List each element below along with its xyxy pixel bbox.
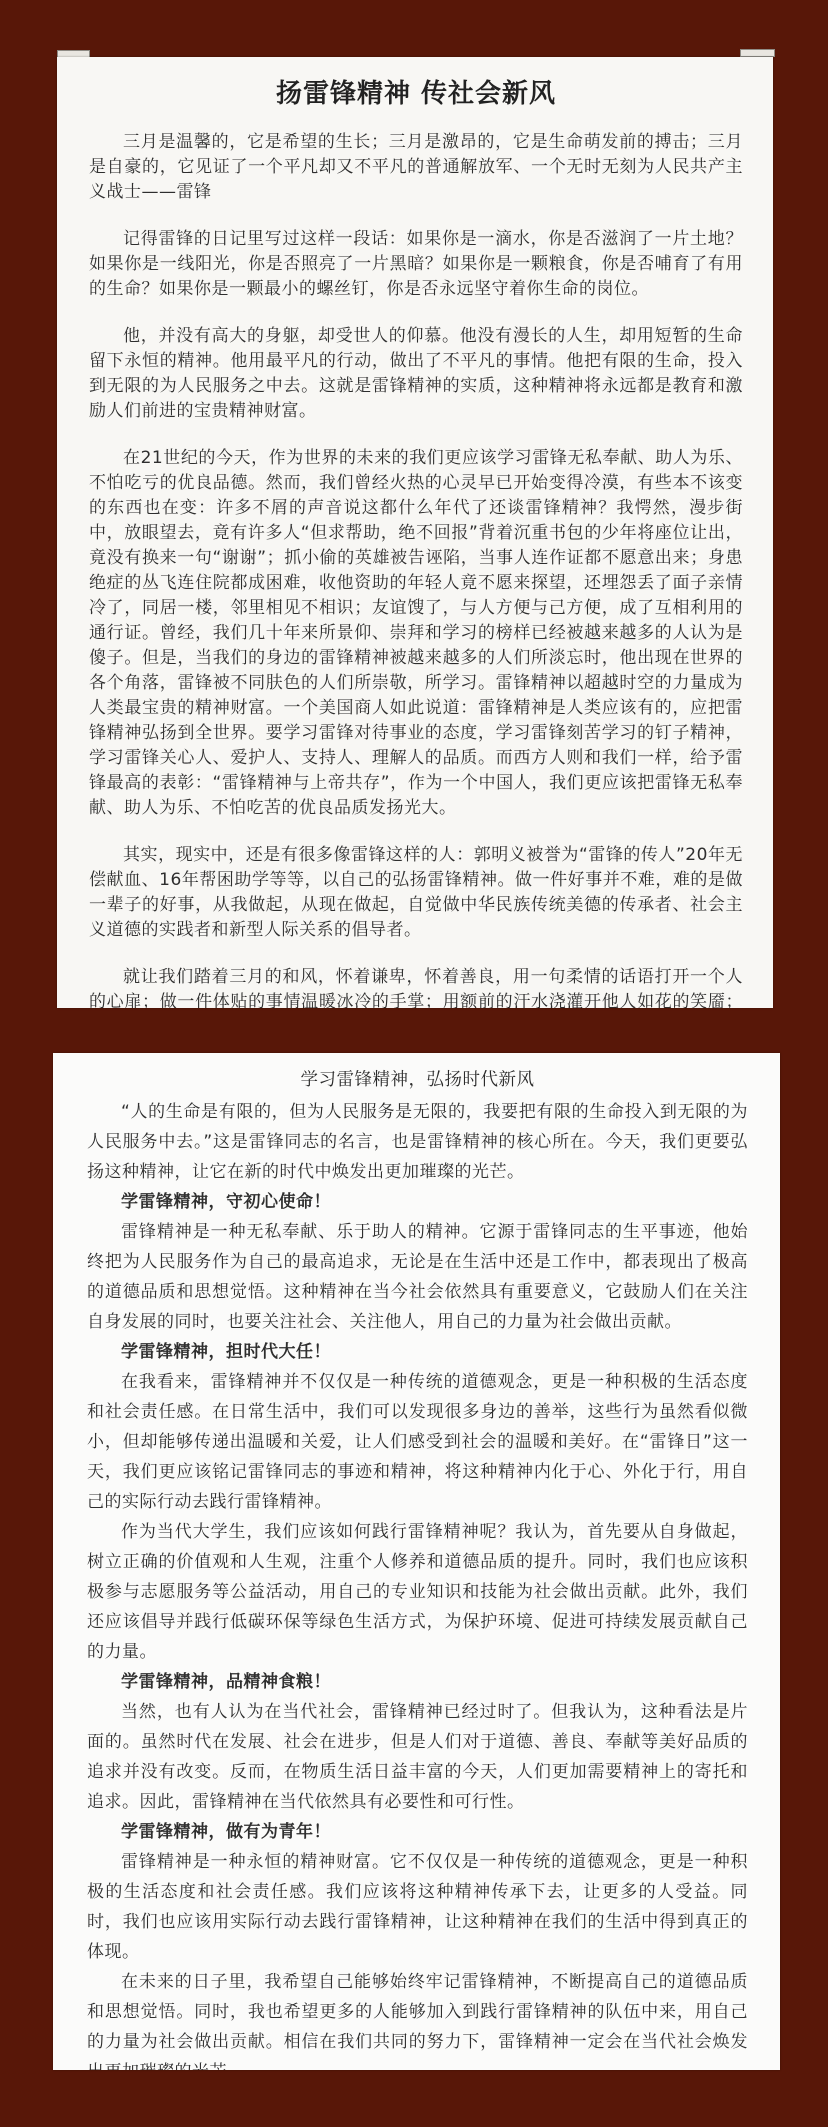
essay2-paragraph: 在我看来，雷锋精神并不仅仅是一种传统的道德观念，更是一种积极的生活态度和社会责任… [87,1367,748,1517]
essay2-paragraph: 作为当代大学生，我们应该如何践行雷锋精神呢？我认为，首先要从自身做起，树立正确的… [87,1517,748,1667]
essay2-section-heading: 学雷锋精神，品精神食粮！ [87,1667,748,1697]
essay-page-2: 学习雷锋精神，弘扬时代新风 “人的生命是有限的，但为人民服务是无限的，我要把有限… [53,1053,780,2070]
essay2-paragraph: 当然，也有人认为在当代社会，雷锋精神已经过时了。但我认为，这种看法是片面的。虽然… [87,1697,748,1817]
essay2-paragraph: 雷锋精神是一种无私奉献、乐于助人的精神。它源于雷锋同志的生平事迹，他始终把为人民… [87,1217,748,1337]
essay2-section-heading: 学雷锋精神，守初心使命！ [87,1187,748,1217]
essay1-paragraph: 他，并没有高大的身躯，却受世人的仰慕。他没有漫长的人生，却用短暂的生命留下永恒的… [89,324,743,424]
essay2-paragraph: 雷锋精神是一种永恒的精神财富。它不仅仅是一种传统的道德观念，更是一种积极的生活态… [87,1847,748,1967]
essay1-paragraph: 就让我们踏着三月的和风，怀着谦卑，怀着善良，用一句柔情的话语打开一个人的心扉；做… [89,965,743,1008]
page-corner-tab-right [740,49,775,57]
essay1-title: 扬雷锋精神 传社会新风 [89,73,743,110]
essay2-paragraph: “人的生命是有限的，但为人民服务是无限的，我要把有限的生命投入到无限的为人民服务… [87,1097,748,1187]
essay2-section-heading: 学雷锋精神，做有为青年！ [87,1817,748,1847]
essay1-paragraph: 在21世纪的今天，作为世界的未来的我们更应该学习雷锋无私奉献、助人为乐、不怕吃亏… [89,446,743,821]
scan-background: 扬雷锋精神 传社会新风 三月是温馨的，它是希望的生长；三月是激昂的，它是生命萌发… [0,0,828,2127]
essay1-paragraph: 三月是温馨的，它是希望的生长；三月是激昂的，它是生命萌发前的搏击；三月是自豪的，… [89,130,743,205]
essay-page-1: 扬雷锋精神 传社会新风 三月是温馨的，它是希望的生长；三月是激昂的，它是生命萌发… [57,57,773,1008]
essay2-paragraph: 在未来的日子里，我希望自己能够始终牢记雷锋精神，不断提高自己的道德品质和思想觉悟… [87,1967,748,2070]
essay2-section-heading: 学雷锋精神，担时代大任！ [87,1337,748,1367]
essay1-paragraph: 其实，现实中，还是有很多像雷锋这样的人：郭明义被誉为“雷锋的传人”20年无偿献血… [89,843,743,943]
essay2-title: 学习雷锋精神，弘扬时代新风 [87,1065,748,1095]
essay1-paragraph: 记得雷锋的日记里写过这样一段话：如果你是一滴水，你是否滋润了一片土地？如果你是一… [89,227,743,302]
